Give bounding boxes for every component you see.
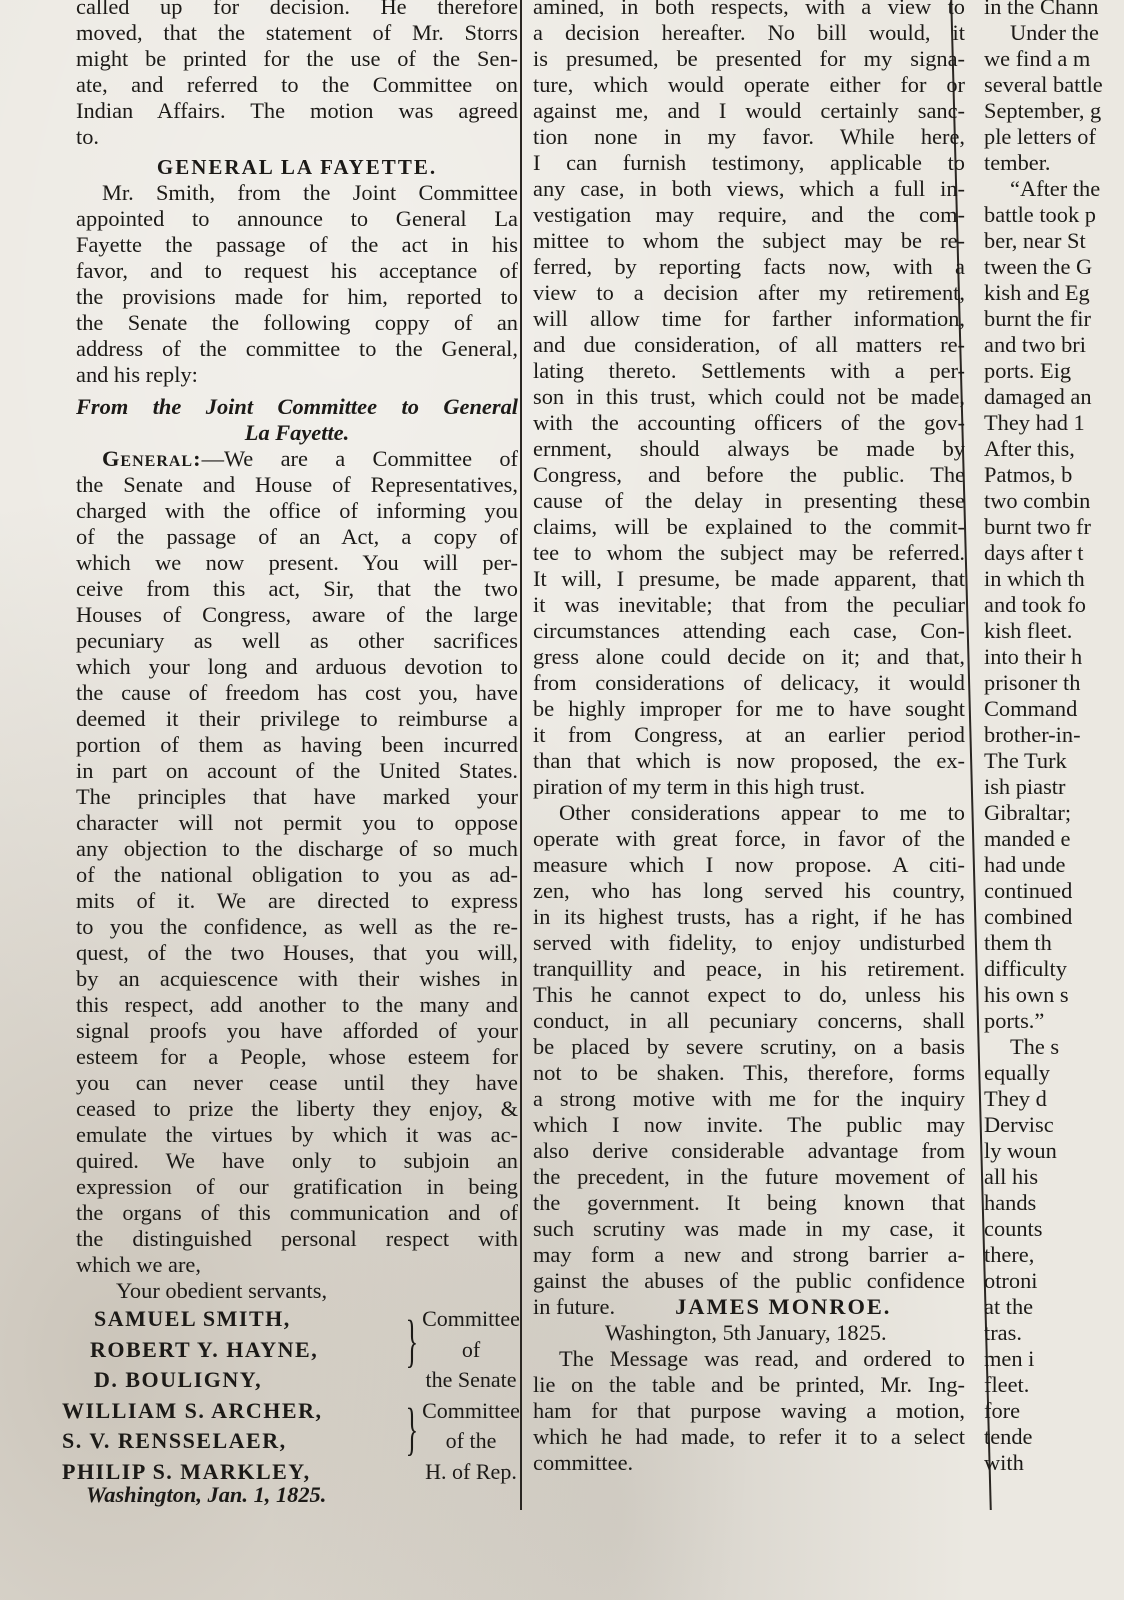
left-column: called up for decision. He therefore mov… [76,0,518,1508]
text-line: which he had made, to refer it to a sele… [533,1424,965,1450]
text-line: tember. [984,150,1124,176]
column-rule [520,0,522,1510]
text-line: of the passage of an Act, a copy of [76,524,518,550]
text-line: burnt the fir [984,306,1124,332]
text-line: mits of it. We are directed to express [76,888,518,914]
text-line: tranquillity and peace, in his retiremen… [533,956,965,982]
text-line: continued [984,878,1124,904]
text-line: esteem for a People, whose esteem for [76,1044,518,1070]
text-line: several battle [984,72,1124,98]
text-line: Under the [984,20,1124,46]
text-line: otroni [984,1268,1124,1294]
closing-line: Your obedient servants, [76,1278,518,1304]
text-line: ate, and referred to the Committee on [76,72,518,98]
text-line: the cause of freedom has cost you, have [76,680,518,706]
text-line: ly woun [984,1138,1124,1164]
text-line: which we now present. You will per- [76,550,518,576]
text-line: be placed by severe scrutiny, on a basis [533,1034,965,1060]
text-line: which your long and arduous devotion to [76,654,518,680]
text-line: gainst the abuses of the public confiden… [533,1268,965,1294]
text-line: Patmos, b [984,462,1124,488]
signatory: ROBERT Y. HAYNE, [84,1335,404,1366]
text-line: claims, will be explained to the commit- [533,514,965,540]
text-line: piration of my term in this high trust. [533,774,965,800]
text-line: committee. [533,1450,965,1476]
text-line: zen, who has long served his country, [533,878,965,904]
text-line: view to a decision after my retirement, [533,280,965,306]
text-line: Fayette the passage of the act in his [76,232,518,258]
text-line: this respect, add another to the many an… [76,992,518,1018]
text-line: Indian Affairs. The motion was agreed [76,98,518,124]
committee-label: H. of Rep. [406,1457,536,1488]
text-line: may form a new and strong barrier a- [533,1242,965,1268]
text-line: “After the [984,176,1124,202]
text-line: vestigation may require, and the com- [533,202,965,228]
text-line: the distinguished personal respect with [76,1226,518,1252]
text-line: days after t [984,540,1124,566]
committee-labels: Committee of the Senate Committee of the… [406,1304,536,1487]
text-line: Congress, and before the public. The [533,462,965,488]
text-line: than that which is now proposed, the ex- [533,748,965,774]
committee-label: Committee [406,1304,536,1335]
text-line: ceased to prize the liberty they enjoy, … [76,1096,518,1122]
dateline: Washington, 5th January, 1825. [533,1320,965,1346]
text-line: After this, [984,436,1124,462]
text-line: moved, that the statement of Mr. Storrs [76,20,518,46]
text-line: against me, and I would certainly sanc- [533,98,965,124]
text-line: a strong motive with me for the inquiry [533,1086,965,1112]
text-line: Houses of Congress, aware of the large [76,602,518,628]
subheading: La Fayette. [76,420,518,446]
committee-label: of [406,1335,536,1366]
text-line: there, [984,1242,1124,1268]
text-fragment: —We are a Committee of [202,446,518,471]
signatory: SAMUEL SMITH, [84,1304,404,1335]
text-line: They had 1 [984,410,1124,436]
text-line: This he cannot expect to do, unless his [533,982,965,1008]
text-line: mittee to whom the subject may be re- [533,228,965,254]
text-line: manded e [984,826,1124,852]
text-line: you can never cease until they have [76,1070,518,1096]
text-line: Dervisc [984,1112,1124,1138]
text-line: portion of them as having been incurred [76,732,518,758]
text-line: fleet. [984,1372,1124,1398]
text-line: ports.” [984,1008,1124,1034]
text-line: is presumed, be presented for my signa- [533,46,965,72]
text-line: tee to whom the subject may be referred. [533,540,965,566]
text-line: in its highest trusts, has a right, if h… [533,904,965,930]
text-line: in which th [984,566,1124,592]
text-line: ferred, by reporting facts now, with a [533,254,965,280]
text-line: The Turk [984,748,1124,774]
text-fragment: in future. [533,1294,615,1319]
text-line: September, g [984,98,1124,124]
committee-label: of the [406,1426,536,1457]
text-line: quired. We have only to subjoin an [76,1148,518,1174]
text-line: I can furnish testimony, applicable to [533,150,965,176]
article-heading: GENERAL LA FAYETTE. [76,150,518,180]
text-line: Other considerations appear to me to [533,800,965,826]
text-line: ple letters of [984,124,1124,150]
signatory: PHILIP S. MARKLEY, [62,1457,404,1488]
text-line: character will not permit you to oppose [76,810,518,836]
text-line: tion none in my favor. While here, [533,124,965,150]
text-line: be highly improper for me to have sought [533,696,965,722]
text-line: cause of the delay in presenting these [533,488,965,514]
text-line: circumstances attending each case, Con- [533,618,965,644]
text-line: ceive from this act, Sir, that the two [76,576,518,602]
text-line: prisoner th [984,670,1124,696]
text-line: quest, of the two Houses, that you will, [76,940,518,966]
text-line: They d [984,1086,1124,1112]
text-line: amined, in both respects, with a view to [533,0,965,20]
text-line: The principles that have marked your [76,784,518,810]
text-line: and took fo [984,592,1124,618]
text-line: will allow time for farther information, [533,306,965,332]
text-line: ture, which would operate either for or [533,72,965,98]
text-line: expression of our gratification in being [76,1174,518,1200]
text-line: had unde [984,852,1124,878]
text-line: appointed to announce to General La [76,206,518,232]
text-line: called up for decision. He therefore [76,0,518,20]
text-line: charged with the office of informing you [76,498,518,524]
text-line: General:—We are a Committee of [76,446,518,472]
text-line: served with fidelity, to enjoy undisturb… [533,930,965,956]
text-line: ports. Eig [984,358,1124,384]
text-line: equally [984,1060,1124,1086]
middle-column: amined, in both respects, with a view to… [533,0,965,1476]
text-line: the Senate and House of Representatives, [76,472,518,498]
text-line: the government. It being known that [533,1190,965,1216]
text-line: Gibraltar; [984,800,1124,826]
text-line: at the [984,1294,1124,1320]
text-line: deemed it their privilege to reimburse a [76,706,518,732]
signatory: WILLIAM S. ARCHER, [62,1396,404,1427]
text-line: a decision hereafter. No bill would, it [533,20,965,46]
text-line: measure which I now propose. A citi- [533,852,965,878]
text-line: tras. [984,1320,1124,1346]
text-line: ernment, should always be made by [533,436,965,462]
subheading: From the Joint Committee to General [76,394,518,420]
text-line: which I now invite. The public may [533,1112,965,1138]
signature: JAMES MONROE. [675,1294,891,1319]
text-line: which we are, [76,1252,518,1278]
text-line: ish piastr [984,774,1124,800]
signatory: D. BOULIGNY, [84,1365,404,1396]
text-line: tende [984,1424,1124,1450]
text-line: such scrutiny was made in my case, it [533,1216,965,1242]
text-line: the organs of this communication and of [76,1200,518,1226]
text-line: any case, in both views, which a full in… [533,176,965,202]
text-line: and his reply: [76,362,518,388]
text-line: men i [984,1346,1124,1372]
text-line: lie on the table and be printed, Mr. Ing… [533,1372,965,1398]
text-line: also derive considerable advantage from [533,1138,965,1164]
text-line: with the accounting officers of the gov- [533,410,965,436]
text-line: kish fleet. [984,618,1124,644]
text-line: favor, and to request his acceptance of [76,258,518,284]
text-line: fore [984,1398,1124,1424]
text-line: hands [984,1190,1124,1216]
text-line: gress alone could decide on it; and that… [533,644,965,670]
committee-label: the Senate [406,1365,536,1396]
text-line: battle took p [984,202,1124,228]
text-line: The s [984,1034,1124,1060]
text-line: pecuniary as well as other sacrifices [76,628,518,654]
text-line: counts [984,1216,1124,1242]
salutation: General: [102,446,202,471]
signatory-list: SAMUEL SMITH, ROBERT Y. HAYNE, D. BOULIG… [84,1304,404,1487]
text-line: Command [984,696,1124,722]
text-line: it from Congress, at an earlier period [533,722,965,748]
text-line: tween the G [984,254,1124,280]
text-line: The Message was read, and ordered to [533,1346,965,1372]
text-line: signal proofs you have afforded of your [76,1018,518,1044]
text-line: of the national obligation to you as ad- [76,862,518,888]
text-line: might be printed for the use of the Sen- [76,46,518,72]
text-line: and two bri [984,332,1124,358]
text-line: in part on account of the United States. [76,758,518,784]
text-line: difficulty [984,956,1124,982]
text-line: not to be shaken. This, therefore, forms [533,1060,965,1086]
text-line: burnt two fr [984,514,1124,540]
text-line: son in this trust, which could not be ma… [533,384,965,410]
text-line: in future.JAMES MONROE. [533,1294,965,1320]
text-line: Mr. Smith, from the Joint Committee [76,180,518,206]
text-line: kish and Eg [984,280,1124,306]
text-line: with [984,1450,1124,1476]
text-line: to. [76,124,518,150]
text-line: address of the committee to the General, [76,336,518,362]
text-line: the precedent, in the future movement of [533,1164,965,1190]
text-line: any objection to the discharge of so muc… [76,836,518,862]
text-line: operate with great force, in favor of th… [533,826,965,852]
text-line: it was inevitable; that from the peculia… [533,592,965,618]
text-line: two combin [984,488,1124,514]
text-line: all his [984,1164,1124,1190]
text-line: conduct, in all pecuniary concerns, shal… [533,1008,965,1034]
committee-label: Committee [406,1396,536,1427]
signatory: S. V. RENSSELAER, [62,1426,404,1457]
text-line: and due consideration, of all matters re… [533,332,965,358]
text-line: the Senate the following coppy of an [76,310,518,336]
text-line: lating thereto. Settlements with a per- [533,358,965,384]
text-line: ber, near St [984,228,1124,254]
signature-block: SAMUEL SMITH, ROBERT Y. HAYNE, D. BOULIG… [76,1304,518,1486]
text-line: we find a m [984,46,1124,72]
text-line: from considerations of delicacy, it woul… [533,670,965,696]
text-line: the provisions made for him, reported to [76,284,518,310]
text-line: brother-in- [984,722,1124,748]
text-line: them th [984,930,1124,956]
text-line: emulate the virtues by which it was ac- [76,1122,518,1148]
text-line: to you the confidence, as well as the re… [76,914,518,940]
text-line: his own s [984,982,1124,1008]
text-line: by an acquiescence with their wishes in [76,966,518,992]
text-line: in the Chann [984,0,1124,20]
text-line: damaged an [984,384,1124,410]
text-line: It will, I presume, be made apparent, th… [533,566,965,592]
right-column-clipped: in the Chann Under the we find a m sever… [984,0,1124,1476]
text-line: into their h [984,644,1124,670]
text-line: combined [984,904,1124,930]
text-line: ham for that purpose waving a motion, [533,1398,965,1424]
